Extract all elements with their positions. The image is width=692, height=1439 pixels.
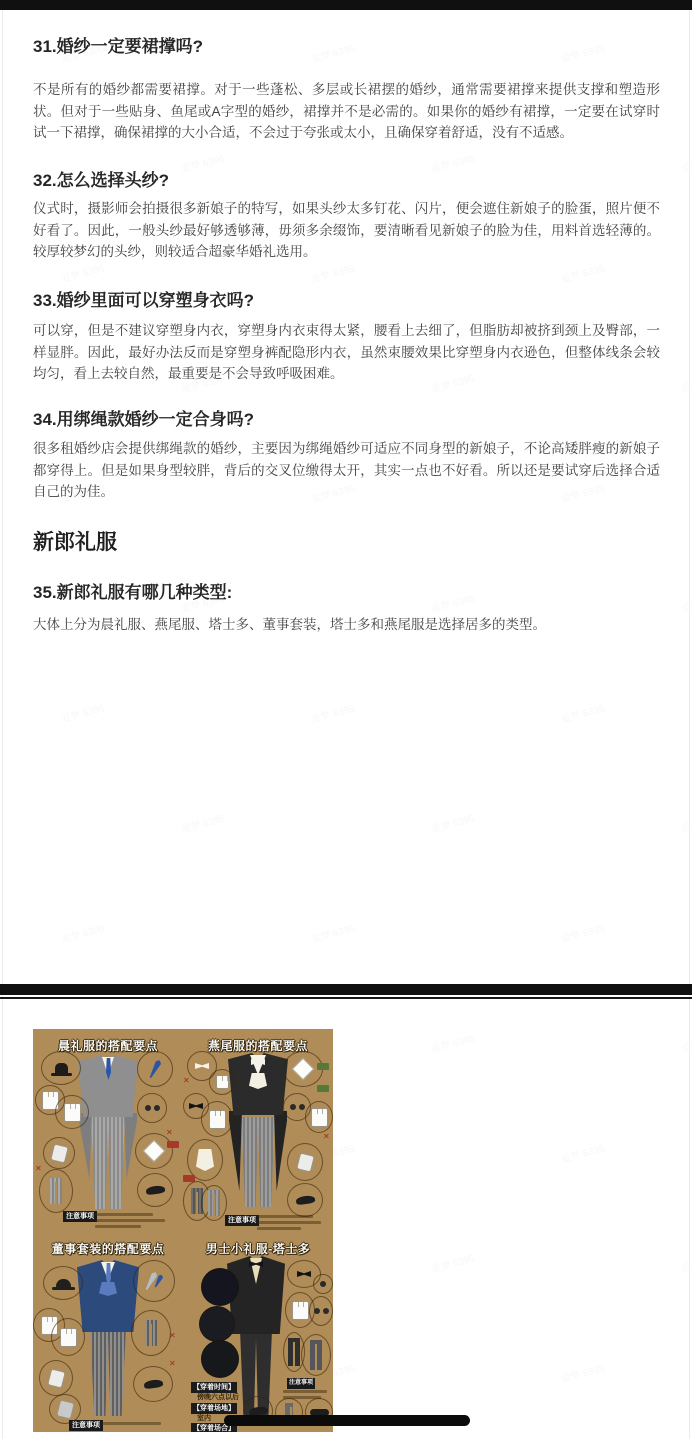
caption-placeholder (95, 1225, 141, 1228)
gloves-callout (287, 1143, 323, 1181)
mini-label (317, 1085, 329, 1092)
shirt-callout (201, 1101, 233, 1137)
opera-pumps-icon (295, 1195, 315, 1206)
silver-tie-icon (143, 1271, 158, 1291)
coat-tail-right (274, 1111, 287, 1191)
watermark-text: 爱梦 6395 (559, 1359, 606, 1385)
chapter-heading-groom-attire: 新郎礼服 (33, 530, 660, 556)
tie-callout (133, 1260, 175, 1302)
watermark-text: 爱梦 6395 (559, 1139, 606, 1165)
watermark-text: 爱梦 6395 (309, 919, 356, 945)
watermark-text: 爱梦 6395 (679, 369, 692, 395)
x-mark-icon (166, 1129, 173, 1137)
watermark-text: 爱梦 6395 (179, 809, 226, 835)
question-31-heading: 31.婚纱一定要裙撑吗? (33, 36, 660, 58)
striped-trousers (91, 1117, 125, 1209)
wear-time-value: 傍晚六点以后 (197, 1394, 239, 1402)
question-33-answer: 可以穿，但是不建议穿塑身内衣，穿塑身内衣束得太紧，腰看上去细了，但脂肪却被挤到颈… (33, 320, 660, 385)
caption-placeholder (95, 1213, 153, 1216)
necktie-callout (137, 1051, 173, 1087)
page-edge-right (689, 10, 690, 1439)
quadrant-tuxedo: 男士小礼服-塔士多 【穿着时间】 傍晚六点以后 【穿着场地】 室内 【穿着场合】… (183, 1230, 333, 1431)
shirt-icon (209, 1110, 226, 1129)
trousers-callout-2 (201, 1185, 227, 1221)
top-hat-callout (41, 1051, 81, 1085)
watermark-text: 爱梦 6395 (59, 919, 106, 945)
dress-shoes-icon (145, 1185, 165, 1196)
mini-label (167, 1141, 179, 1148)
striped-trousers (241, 1117, 275, 1207)
suspenders-callout (301, 1334, 331, 1376)
trousers-icon (50, 1178, 62, 1204)
watermark-text: 爱梦 6395 (679, 1249, 692, 1275)
wear-place-label: 【穿着场地】 (191, 1403, 237, 1414)
morning-coat-figure (78, 1053, 138, 1213)
watermark-text: 爱梦 6395 (559, 699, 606, 725)
quadrant-director-suit: 董事套装的搭配要点 注意事项 (33, 1230, 183, 1431)
question-32-answer: 仪式时，摄影师会拍摄很多新娘子的特写，如果头纱太多钉花、闪片，便会遮住新娘子的脸… (33, 198, 660, 263)
question-35-heading: 35.新郎礼服有哪几种类型: (33, 582, 660, 604)
pleated-shirt-icon (292, 1301, 309, 1320)
accessory-icon (56, 1399, 75, 1419)
cufflinks-icon (145, 1105, 160, 1111)
shirt-callout-2 (55, 1095, 89, 1129)
shirt-callout-2 (305, 1101, 333, 1133)
gloves-icon (47, 1368, 66, 1388)
home-indicator[interactable] (224, 1415, 470, 1426)
accessory-callout (313, 1274, 333, 1294)
top-hat-icon (55, 1063, 68, 1074)
black-bow-tie-icon (297, 1271, 311, 1277)
jacket-swatch-callout (201, 1340, 239, 1378)
notes-badge: 注意事项 (225, 1215, 259, 1226)
watermark-text: 爱梦 6395 (309, 259, 356, 285)
shoes-callout (133, 1366, 173, 1402)
caption-placeholder (257, 1221, 321, 1224)
wear-time-label: 【穿着时间】 (191, 1382, 237, 1393)
gloves-icon (50, 1143, 69, 1163)
gloves-callout (39, 1360, 73, 1396)
watermark-text: 爱梦 6395 (679, 589, 692, 615)
question-32-heading: 32.怎么选择头纱? (33, 170, 660, 192)
director-suit-figure (77, 1258, 139, 1418)
watermark-text: 爱梦 6395 (679, 1029, 692, 1055)
dress-shoes-icon (143, 1379, 163, 1390)
blue-vest (99, 1282, 117, 1296)
quadrant-tailcoat: 燕尾服的搭配要点 (183, 1029, 333, 1230)
trousers-callout (39, 1169, 73, 1213)
shirt-studs-icon (290, 1104, 305, 1110)
gloves-callout (43, 1137, 75, 1169)
bowler-hat-callout (43, 1266, 83, 1300)
top-border-bar (0, 0, 692, 10)
groom-attire-infographic-image[interactable]: 晨礼服的搭配要点 注意事项 (33, 1029, 333, 1432)
watermark-text: 爱梦 6395 (429, 809, 476, 835)
notes-badge: 注意事项 (69, 1420, 103, 1431)
x-mark-icon (183, 1077, 190, 1085)
question-35-answer: 大体上分为晨礼服、燕尾服、塔士多、董事套装，塔士多和燕尾服是选择居多的类型。 (33, 614, 660, 636)
x-mark-icon (35, 1165, 42, 1173)
wing-collar-icon (216, 1075, 229, 1089)
trousers-icon (288, 1338, 300, 1366)
page-edge-left (2, 10, 3, 1439)
screenshot-root: 爱梦 6395爱梦 6395爱梦 6395爱梦 6395爱梦 6395爱梦 63… (0, 0, 692, 1439)
caption-placeholder (95, 1219, 165, 1222)
quadrant-morning-coat: 晨礼服的搭配要点 注意事项 (33, 1029, 183, 1230)
caption-placeholder (101, 1422, 161, 1425)
shoes-callout (137, 1173, 173, 1207)
watermark-text: 爱梦 6395 (559, 919, 606, 945)
shirt-icon (60, 1328, 77, 1347)
x-mark-icon (169, 1360, 176, 1368)
cufflinks-icon (320, 1281, 326, 1287)
vest-swatch-callout (199, 1306, 235, 1342)
accessory-icon (189, 1103, 203, 1109)
quadrant-title: 董事套装的搭配要点 (33, 1240, 183, 1257)
shirt-studs-icon (314, 1308, 329, 1314)
watermark-text: 爱梦 6395 (429, 1249, 476, 1275)
trousers-callout (131, 1310, 171, 1356)
shoes-callout (287, 1183, 323, 1217)
x-mark-icon (323, 1133, 330, 1141)
notes-badge: 注意事项 (287, 1378, 315, 1389)
suspenders-icon (310, 1340, 322, 1370)
fabric-swatch-callout (201, 1268, 239, 1306)
watermark-text: 爱梦 6395 (679, 809, 692, 835)
white-vest (249, 1073, 267, 1089)
shirt-icon (64, 1103, 81, 1122)
notes-badge: 注意事项 (63, 1211, 97, 1222)
collar-callout (209, 1069, 235, 1095)
bowler-hat-icon (56, 1279, 71, 1288)
cufflinks-callout (137, 1093, 167, 1123)
caption-placeholder (283, 1390, 327, 1393)
page-separator-bar (0, 984, 692, 995)
pocket-square-callout (135, 1133, 173, 1169)
shirt-icon (311, 1108, 328, 1127)
white-bow-tie-icon (195, 1063, 209, 1069)
question-34-answer: 很多租婚纱店会提供绑绳款的婚纱，主要因为绑绳婚纱可适应不同身型的新娘子，不论高矮… (33, 438, 660, 503)
question-34-heading: 34.用绑绳款婚纱一定合身吗? (33, 409, 660, 431)
striped-trousers-icon (145, 1320, 157, 1346)
page-separator-line (0, 997, 692, 999)
trousers-icon (208, 1190, 220, 1216)
question-31-answer: 不是所有的婚纱都需要裙撑。对于一些蓬松、多层或长裙摆的婚纱，通常需要裙撑来提供支… (33, 79, 660, 144)
mini-label (317, 1063, 329, 1070)
watermark-text: 爱梦 6395 (309, 699, 356, 725)
watermark-text: 爱梦 6395 (59, 699, 106, 725)
white-vest-icon (196, 1149, 214, 1171)
question-33-heading: 33.婚纱里面可以穿塑身衣吗? (33, 290, 660, 312)
x-mark-icon (169, 1332, 176, 1340)
watermark-text: 爱梦 6395 (429, 1029, 476, 1055)
caption-placeholder (257, 1215, 313, 1218)
white-gloves-icon (296, 1152, 315, 1172)
shirt-callout-2 (51, 1318, 85, 1356)
pocket-square-icon (292, 1058, 315, 1081)
watermark-text: 爱梦 6395 (559, 259, 606, 285)
blue-tie-icon (148, 1059, 163, 1079)
striped-trousers (90, 1328, 126, 1416)
tailcoat-figure (228, 1051, 288, 1216)
watermark-text: 爱梦 6395 (59, 259, 106, 285)
watermark-text: 爱梦 6395 (679, 149, 692, 175)
studs-callout (309, 1296, 333, 1326)
wear-place-value: 室内 (197, 1415, 211, 1423)
pocket-square-icon (143, 1140, 166, 1163)
